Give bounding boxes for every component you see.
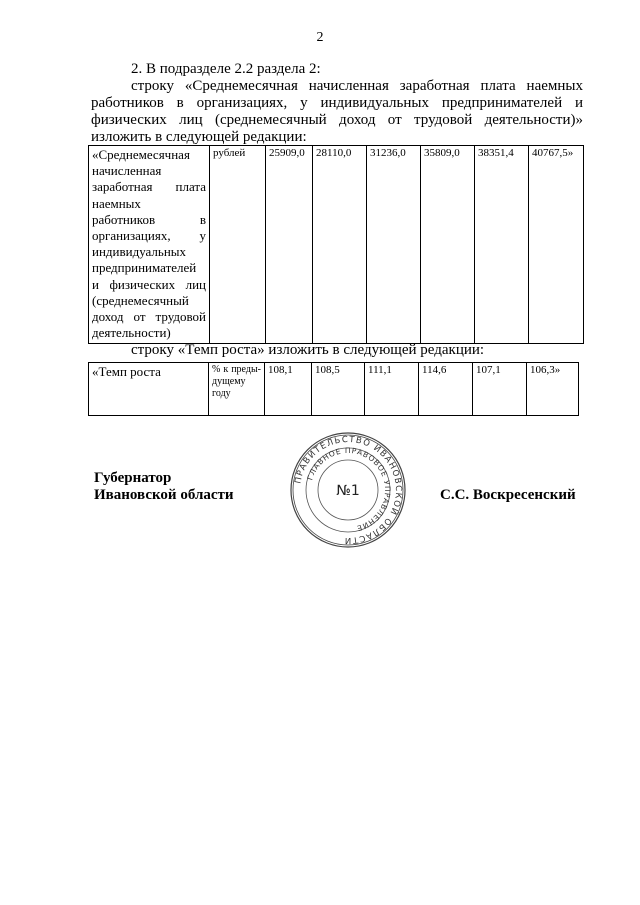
signatory-title-line1: Губернатор (94, 470, 234, 487)
row1-instruction: строку «Среднемесячная начисленная зараб… (91, 78, 583, 146)
value-cell: 31236,0 (367, 146, 421, 344)
value-cell: 111,1 (365, 363, 419, 416)
signatory-name: С.С. Воскресенский (440, 487, 576, 504)
unit-cell: рублей (210, 146, 266, 344)
value-cell: 28110,0 (313, 146, 367, 344)
growth-rate-table: «Темп роста % к преды-дущему году 108,1 … (88, 362, 579, 416)
row2-instruction: строку «Темп роста» изложить в следующей… (91, 342, 583, 359)
value-cell: 38351,4 (475, 146, 529, 344)
unit-cell: % к преды-дущему году (209, 363, 265, 416)
value-cell: 107,1 (473, 363, 527, 416)
value-cell: 40767,5» (529, 146, 584, 344)
signatory-title-line2: Ивановской области (94, 487, 234, 504)
intro-paragraph: 2. В подразделе 2.2 раздела 2: (91, 61, 583, 78)
value-cell: 35809,0 (421, 146, 475, 344)
signatory-title: Губернатор Ивановской области (94, 470, 234, 504)
table-row: «Среднемесячная начисленная заработная п… (89, 146, 584, 344)
page-number: 2 (0, 30, 640, 46)
value-cell: 25909,0 (266, 146, 313, 344)
table-row: «Темп роста % к преды-дущему году 108,1 … (89, 363, 579, 416)
value-cell: 108,1 (265, 363, 312, 416)
salary-table: «Среднемесячная начисленная заработная п… (88, 145, 584, 344)
indicator-name: «Темп роста (89, 363, 209, 416)
value-cell: 108,5 (312, 363, 365, 416)
official-stamp-icon: ПРАВИТЕЛЬСТВО ИВАНОВСКОЙ ОБЛАСТИ ГЛАВНОЕ… (289, 431, 407, 549)
indicator-name: «Среднемесячная начисленная заработная п… (89, 146, 210, 344)
stamp-center-text: №1 (336, 483, 359, 499)
value-cell: 106,3» (527, 363, 579, 416)
value-cell: 114,6 (419, 363, 473, 416)
